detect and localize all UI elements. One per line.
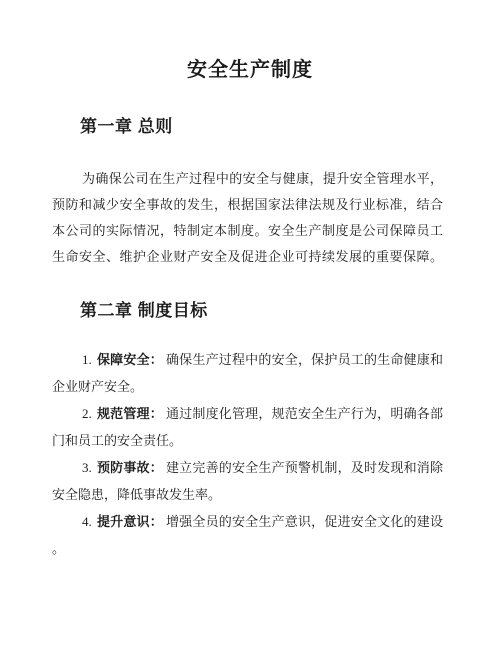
paragraph-line: 生命安全、维护企业财产安全及促进企业可持续发展的重要保障。 [52, 244, 443, 270]
item-text: 通过制度化管理，规范安全生产行为，明确各部 [166, 406, 443, 421]
item-number: 2. [82, 406, 92, 421]
paragraph-line: 本公司的实际情况，特制定本制度。安全生产制度是公司保障员工 [52, 218, 443, 244]
item-text: 确保生产过程中的安全，保护员工的生命健康和 [166, 352, 443, 367]
item-label: 预防事故： [97, 460, 163, 475]
chapter-2-items: 1.保障安全：确保生产过程中的安全，保护员工的生命健康和 企业财产安全。 2.规… [52, 346, 443, 562]
chapter-1-heading: 第一章 总则 [80, 114, 173, 140]
item-label: 提升意识： [97, 514, 163, 529]
paragraph-line: 预防和减少安全事故的发生，根据国家法律法规及行业标准，结合 [52, 192, 443, 218]
item-number: 4. [82, 514, 92, 529]
list-item-line: 4.提升意识：增强全员的安全生产意识，促进安全文化的建设 [52, 508, 443, 535]
item-text: 建立完善的安全生产预警机制，及时发现和消除 [166, 460, 443, 475]
list-item-line: 门和员工的安全责任。 [52, 427, 443, 454]
document-title: 安全生产制度 [0, 56, 500, 84]
list-item-line: 2.规范管理：通过制度化管理，规范安全生产行为，明确各部 [52, 400, 443, 427]
item-number: 3. [82, 460, 92, 475]
list-item-line: 安全隐患，降低事故发生率。 [52, 481, 443, 508]
chapter-2-heading: 第二章 制度目标 [80, 298, 208, 324]
item-label: 保障安全： [97, 352, 163, 367]
item-number: 1. [82, 352, 92, 367]
document-page: 安全生产制度 第一章 总则 为确保公司在生产过程中的安全与健康，提升安全管理水平… [0, 0, 500, 647]
item-text: 增强全员的安全生产意识，促进安全文化的建设 [166, 514, 443, 529]
chapter-1-paragraph: 为确保公司在生产过程中的安全与健康，提升安全管理水平， 预防和减少安全事故的发生… [52, 166, 443, 270]
list-item-line: 。 [52, 535, 443, 562]
list-item-line: 3.预防事故：建立完善的安全生产预警机制，及时发现和消除 [52, 454, 443, 481]
paragraph-line: 为确保公司在生产过程中的安全与健康，提升安全管理水平， [52, 166, 443, 192]
item-label: 规范管理： [97, 406, 163, 421]
list-item-line: 1.保障安全：确保生产过程中的安全，保护员工的生命健康和 [52, 346, 443, 373]
list-item-line: 企业财产安全。 [52, 373, 443, 400]
